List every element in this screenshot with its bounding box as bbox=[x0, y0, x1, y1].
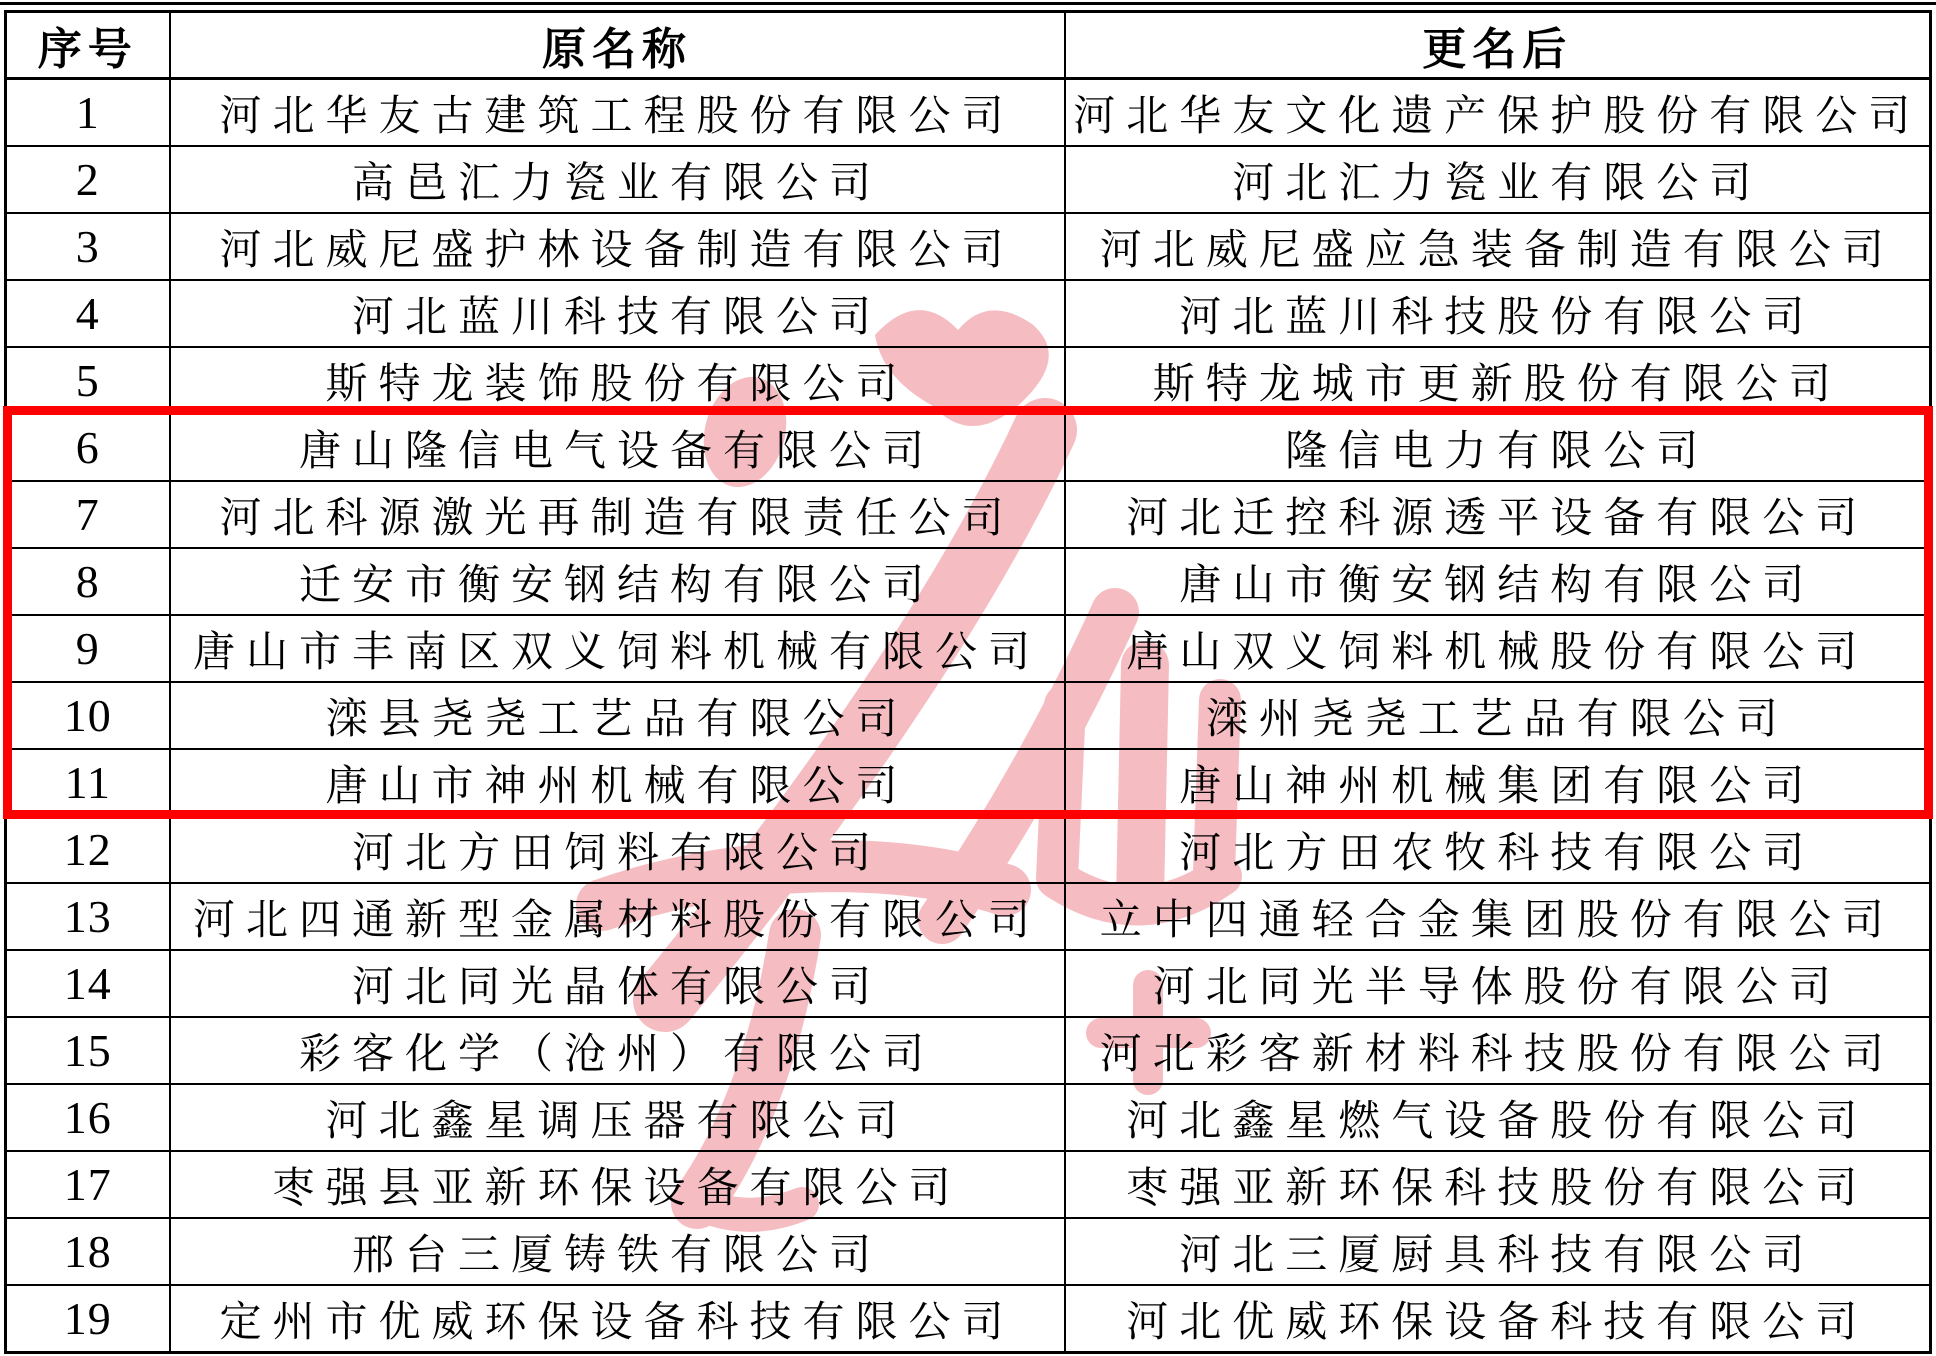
cell-new-name: 河北迁控科源透平设备有限公司 bbox=[1065, 481, 1931, 548]
header-seq: 序号 bbox=[6, 12, 170, 79]
table-row-highlighted: 11唐山市神州机械有限公司唐山神州机械集团有限公司 bbox=[6, 749, 1931, 816]
table-row: 13河北四通新型金属材料股份有限公司立中四通轻合金集团股份有限公司 bbox=[6, 883, 1931, 950]
table-row: 3河北威尼盛护林设备制造有限公司河北威尼盛应急装备制造有限公司 bbox=[6, 213, 1931, 280]
cell-old-name: 河北蓝川科技有限公司 bbox=[170, 280, 1065, 347]
cell-seq: 7 bbox=[6, 481, 170, 548]
header-row: 序号 原名称 更名后 bbox=[6, 12, 1931, 79]
cell-new-name: 河北三厦厨具科技有限公司 bbox=[1065, 1218, 1931, 1285]
cell-seq: 9 bbox=[6, 615, 170, 682]
cell-old-name: 唐山市丰南区双义饲料机械有限公司 bbox=[170, 615, 1065, 682]
cell-old-name: 唐山市神州机械有限公司 bbox=[170, 749, 1065, 816]
cell-new-name: 隆信电力有限公司 bbox=[1065, 414, 1931, 481]
cell-old-name: 河北华友古建筑工程股份有限公司 bbox=[170, 79, 1065, 147]
cell-old-name: 河北方田饲料有限公司 bbox=[170, 816, 1065, 883]
table-body: 1河北华友古建筑工程股份有限公司河北华友文化遗产保护股份有限公司2高邑汇力瓷业有… bbox=[6, 79, 1931, 1353]
table-row-highlighted: 8迁安市衡安钢结构有限公司唐山市衡安钢结构有限公司 bbox=[6, 548, 1931, 615]
cell-seq: 12 bbox=[6, 816, 170, 883]
cell-seq: 13 bbox=[6, 883, 170, 950]
cell-seq: 6 bbox=[6, 414, 170, 481]
cell-old-name: 彩客化学（沧州）有限公司 bbox=[170, 1017, 1065, 1084]
cell-new-name: 河北优威环保设备科技有限公司 bbox=[1065, 1285, 1931, 1353]
cell-seq: 2 bbox=[6, 146, 170, 213]
top-rule bbox=[0, 2, 1936, 5]
cell-new-name: 河北蓝川科技股份有限公司 bbox=[1065, 280, 1931, 347]
cell-old-name: 河北同光晶体有限公司 bbox=[170, 950, 1065, 1017]
cell-old-name: 高邑汇力瓷业有限公司 bbox=[170, 146, 1065, 213]
table-row-highlighted: 7河北科源激光再制造有限责任公司河北迁控科源透平设备有限公司 bbox=[6, 481, 1931, 548]
cell-old-name: 滦县尧尧工艺品有限公司 bbox=[170, 682, 1065, 749]
header-old-name: 原名称 bbox=[170, 12, 1065, 79]
cell-new-name: 唐山市衡安钢结构有限公司 bbox=[1065, 548, 1931, 615]
cell-seq: 3 bbox=[6, 213, 170, 280]
cell-seq: 19 bbox=[6, 1285, 170, 1353]
table-row: 2高邑汇力瓷业有限公司河北汇力瓷业有限公司 bbox=[6, 146, 1931, 213]
document-page: 序号 原名称 更名后 1河北华友古建筑工程股份有限公司河北华友文化遗产保护股份有… bbox=[0, 0, 1936, 1356]
table-row-highlighted: 6唐山隆信电气设备有限公司隆信电力有限公司 bbox=[6, 414, 1931, 481]
header-new-name: 更名后 bbox=[1065, 12, 1931, 79]
cell-old-name: 河北鑫星调压器有限公司 bbox=[170, 1084, 1065, 1151]
cell-old-name: 迁安市衡安钢结构有限公司 bbox=[170, 548, 1065, 615]
table-row: 17枣强县亚新环保设备有限公司枣强亚新环保科技股份有限公司 bbox=[6, 1151, 1931, 1218]
cell-new-name: 河北汇力瓷业有限公司 bbox=[1065, 146, 1931, 213]
cell-old-name: 定州市优威环保设备科技有限公司 bbox=[170, 1285, 1065, 1353]
cell-new-name: 河北华友文化遗产保护股份有限公司 bbox=[1065, 79, 1931, 147]
cell-new-name: 河北彩客新材料科技股份有限公司 bbox=[1065, 1017, 1931, 1084]
cell-old-name: 河北科源激光再制造有限责任公司 bbox=[170, 481, 1065, 548]
table-row-highlighted: 9唐山市丰南区双义饲料机械有限公司唐山双义饲料机械股份有限公司 bbox=[6, 615, 1931, 682]
cell-new-name: 河北威尼盛应急装备制造有限公司 bbox=[1065, 213, 1931, 280]
cell-new-name: 滦州尧尧工艺品有限公司 bbox=[1065, 682, 1931, 749]
cell-new-name: 河北方田农牧科技有限公司 bbox=[1065, 816, 1931, 883]
company-rename-table: 序号 原名称 更名后 1河北华友古建筑工程股份有限公司河北华友文化遗产保护股份有… bbox=[4, 10, 1932, 1354]
table-row: 18邢台三厦铸铁有限公司河北三厦厨具科技有限公司 bbox=[6, 1218, 1931, 1285]
cell-old-name: 枣强县亚新环保设备有限公司 bbox=[170, 1151, 1065, 1218]
cell-seq: 11 bbox=[6, 749, 170, 816]
cell-seq: 15 bbox=[6, 1017, 170, 1084]
table-row: 4河北蓝川科技有限公司河北蓝川科技股份有限公司 bbox=[6, 280, 1931, 347]
cell-seq: 17 bbox=[6, 1151, 170, 1218]
table-row: 1河北华友古建筑工程股份有限公司河北华友文化遗产保护股份有限公司 bbox=[6, 79, 1931, 147]
cell-seq: 10 bbox=[6, 682, 170, 749]
table-row-highlighted: 10滦县尧尧工艺品有限公司滦州尧尧工艺品有限公司 bbox=[6, 682, 1931, 749]
table-row: 19定州市优威环保设备科技有限公司河北优威环保设备科技有限公司 bbox=[6, 1285, 1931, 1353]
cell-new-name: 唐山神州机械集团有限公司 bbox=[1065, 749, 1931, 816]
cell-new-name: 枣强亚新环保科技股份有限公司 bbox=[1065, 1151, 1931, 1218]
table-row: 5斯特龙装饰股份有限公司斯特龙城市更新股份有限公司 bbox=[6, 347, 1931, 414]
table-row: 15彩客化学（沧州）有限公司河北彩客新材料科技股份有限公司 bbox=[6, 1017, 1931, 1084]
cell-seq: 14 bbox=[6, 950, 170, 1017]
cell-seq: 16 bbox=[6, 1084, 170, 1151]
cell-old-name: 唐山隆信电气设备有限公司 bbox=[170, 414, 1065, 481]
cell-seq: 5 bbox=[6, 347, 170, 414]
cell-seq: 18 bbox=[6, 1218, 170, 1285]
cell-old-name: 斯特龙装饰股份有限公司 bbox=[170, 347, 1065, 414]
cell-seq: 1 bbox=[6, 79, 170, 147]
cell-new-name: 斯特龙城市更新股份有限公司 bbox=[1065, 347, 1931, 414]
table-row: 12河北方田饲料有限公司河北方田农牧科技有限公司 bbox=[6, 816, 1931, 883]
cell-seq: 4 bbox=[6, 280, 170, 347]
cell-old-name: 邢台三厦铸铁有限公司 bbox=[170, 1218, 1065, 1285]
cell-old-name: 河北四通新型金属材料股份有限公司 bbox=[170, 883, 1065, 950]
cell-new-name: 唐山双义饲料机械股份有限公司 bbox=[1065, 615, 1931, 682]
table-row: 14河北同光晶体有限公司河北同光半导体股份有限公司 bbox=[6, 950, 1931, 1017]
cell-old-name: 河北威尼盛护林设备制造有限公司 bbox=[170, 213, 1065, 280]
table-row: 16河北鑫星调压器有限公司河北鑫星燃气设备股份有限公司 bbox=[6, 1084, 1931, 1151]
cell-seq: 8 bbox=[6, 548, 170, 615]
cell-new-name: 河北鑫星燃气设备股份有限公司 bbox=[1065, 1084, 1931, 1151]
cell-new-name: 立中四通轻合金集团股份有限公司 bbox=[1065, 883, 1931, 950]
cell-new-name: 河北同光半导体股份有限公司 bbox=[1065, 950, 1931, 1017]
